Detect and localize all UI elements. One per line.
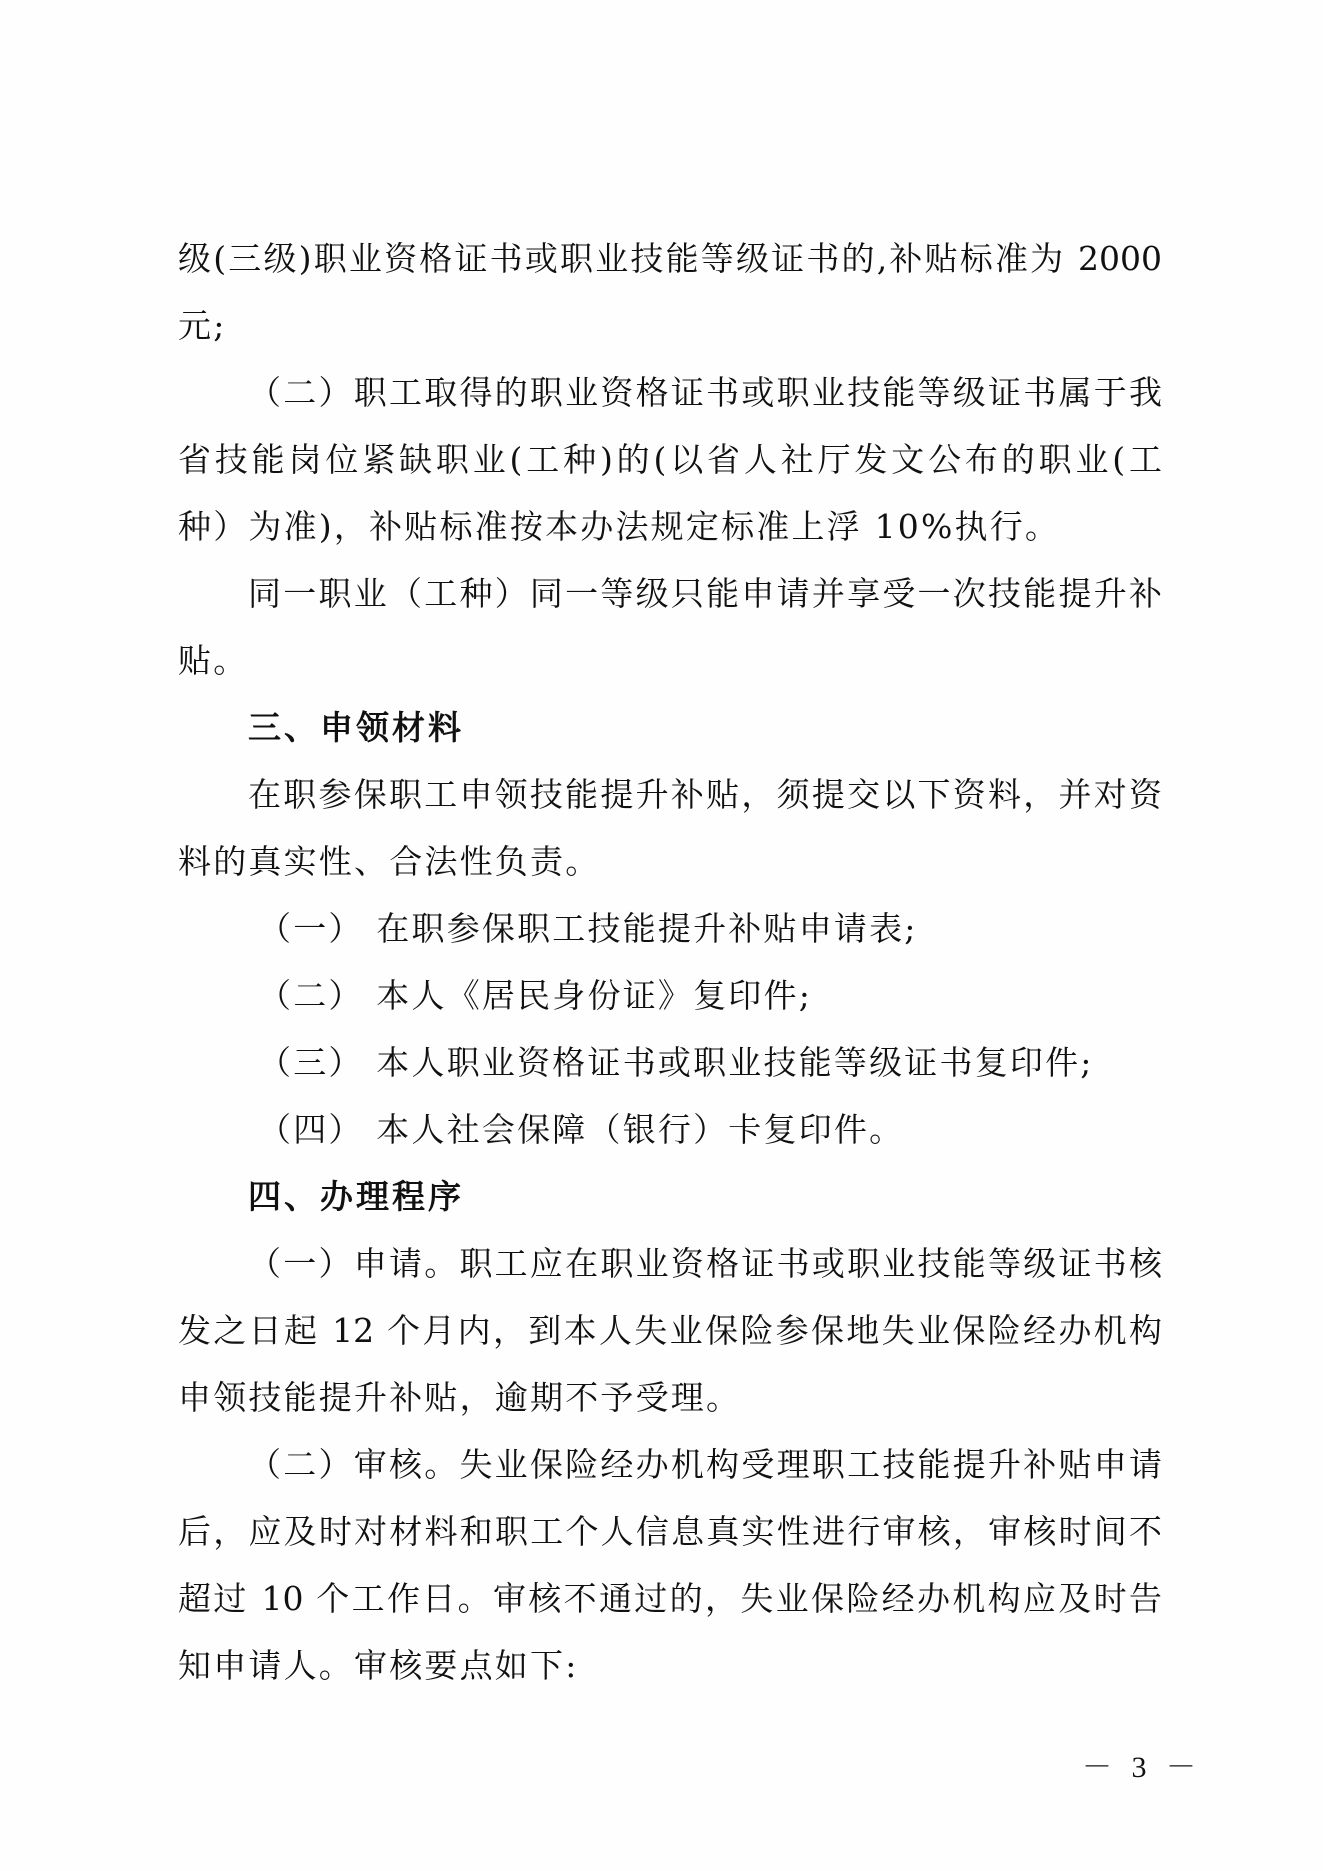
paragraph-line: 种）为准)，补贴标准按本办法规定标准上浮 10%执行。 — [178, 507, 1168, 547]
paragraph-line: （一）申请。职工应在职业资格证书或职业技能等级证书核 — [248, 1244, 1162, 1284]
paragraph-line: 知申请人。审核要点如下: — [178, 1646, 1168, 1686]
paragraph-line: 超过 10 个工作日。审核不通过的，失业保险经办机构应及时告 — [178, 1579, 1162, 1619]
paragraph-line: 级(三级)职业资格证书或职业技能等级证书的,补贴标准为 2000 — [178, 239, 1162, 279]
paragraph-line: 贴。 — [178, 641, 1168, 681]
materials-list-item: （二） 本人《居民身份证》复印件; — [258, 976, 1248, 1016]
document-page: 级(三级)职业资格证书或职业技能等级证书的,补贴标准为 2000 元; （二）职… — [0, 0, 1323, 1871]
paragraph-line: （二）职工取得的职业资格证书或职业技能等级证书属于我 — [248, 373, 1162, 413]
paragraph-line: 申领技能提升补贴，逾期不予受理。 — [178, 1378, 1168, 1418]
paragraph-line: 发之日起 12 个月内，到本人失业保险参保地失业保险经办机构 — [178, 1311, 1162, 1351]
paragraph-line: 后，应及时对材料和职工个人信息真实性进行审核，审核时间不 — [178, 1512, 1162, 1552]
section-heading-procedure: 四、办理程序 — [248, 1177, 1238, 1217]
paragraph-line: （二）审核。失业保险经办机构受理职工技能提升补贴申请 — [248, 1445, 1162, 1485]
materials-list-item: （一） 在职参保职工技能提升补贴申请表; — [258, 909, 1248, 949]
section-heading-materials: 三、申领材料 — [248, 708, 1238, 748]
paragraph-line: 同一职业（工种）同一等级只能申请并享受一次技能提升补 — [248, 574, 1162, 614]
paragraph-line: 省技能岗位紧缺职业(工种)的(以省人社厅发文公布的职业(工 — [178, 440, 1162, 480]
paragraph-line: 在职参保职工申领技能提升补贴，须提交以下资料，并对资 — [248, 775, 1162, 815]
paragraph-line: 元; — [178, 306, 1168, 346]
materials-list-item: （四） 本人社会保障（银行）卡复印件。 — [258, 1110, 1248, 1150]
paragraph-line: 料的真实性、合法性负责。 — [178, 842, 1168, 882]
page-number: － 3 － — [1082, 1750, 1202, 1786]
materials-list-item: （三） 本人职业资格证书或职业技能等级证书复印件; — [258, 1043, 1248, 1083]
